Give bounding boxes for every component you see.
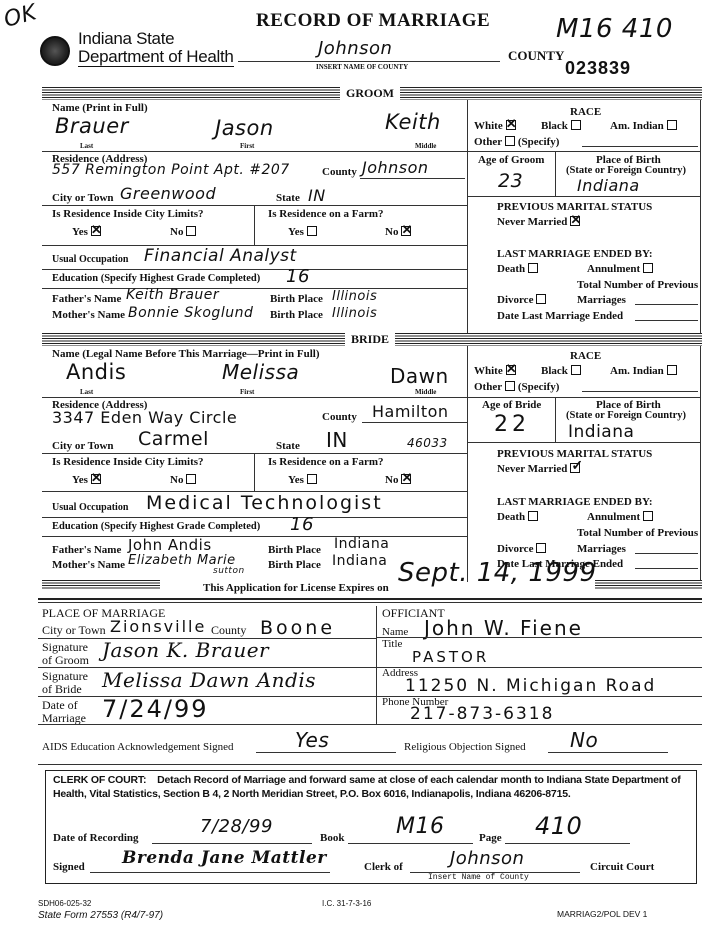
checkbox-icon[interactable] xyxy=(307,474,317,484)
bride-state: IN xyxy=(326,428,348,452)
checkbox-icon[interactable] xyxy=(571,365,581,375)
officiant-phone: 217-873-6318 xyxy=(410,704,554,724)
marriage-county: Boone xyxy=(260,617,335,639)
checkbox-icon[interactable] xyxy=(528,511,538,521)
groom-county: Johnson xyxy=(362,158,429,177)
groom-last-name: Brauer xyxy=(55,114,129,138)
groom-inside-city-no[interactable]: No xyxy=(170,226,196,238)
bride-first-name: Melissa xyxy=(222,360,299,384)
bride-city: Carmel xyxy=(138,428,209,450)
state-form-number: State Form 27553 (R4/7-97) xyxy=(38,910,163,921)
county-caption: INSERT NAME OF COUNTY xyxy=(316,63,408,71)
bride-inside-city-no[interactable]: No xyxy=(170,474,196,486)
bride-mother-birth: Indiana xyxy=(332,553,387,569)
clerk-signature: Brenda Jane Mattler xyxy=(122,848,327,868)
bride-age: 22 xyxy=(494,412,530,437)
aids-acknowledgement: Yes xyxy=(295,728,329,752)
checkbox-icon[interactable] xyxy=(667,120,677,130)
bride-race-amindian[interactable]: Am. Indian xyxy=(610,365,677,377)
bride-father: John Andis xyxy=(128,536,212,554)
groom-occupation: Financial Analyst xyxy=(144,246,297,266)
checkbox-checked-icon[interactable] xyxy=(91,226,101,236)
checkbox-icon[interactable] xyxy=(528,263,538,273)
license-expiration-date: Sept. 14, 1999 xyxy=(398,558,597,588)
groom-race-amindian[interactable]: Am. Indian xyxy=(610,120,677,132)
groom-age: 23 xyxy=(498,170,523,192)
bride-address: 3347 Eden Way Circle xyxy=(52,408,237,427)
groom-father: Keith Brauer xyxy=(126,287,219,303)
record-number: 023839 xyxy=(565,58,631,79)
groom-farm-yes[interactable]: Yes xyxy=(288,226,317,238)
checkbox-icon[interactable] xyxy=(571,120,581,130)
bride-county: Hamilton xyxy=(372,402,449,421)
groom-first-name: Jason xyxy=(215,116,274,140)
checkbox-checked-icon[interactable] xyxy=(91,474,101,484)
checkbox-icon[interactable] xyxy=(505,381,515,391)
bride-race-other[interactable]: Other (Specify) xyxy=(474,381,559,393)
groom-city: Greenwood xyxy=(120,184,216,203)
county-label: COUNTY xyxy=(508,48,564,64)
checkbox-icon[interactable] xyxy=(186,474,196,484)
clerk-instructions: CLERK OF COURT: Detach Record of Marriag… xyxy=(53,773,693,801)
checkbox-checked-icon[interactable] xyxy=(570,463,580,473)
bride-father-birth: Indiana xyxy=(334,536,389,552)
form-revision: MARRIAG2/POL DEV 1 xyxy=(557,909,647,919)
bride-race-black[interactable]: Black xyxy=(541,365,581,377)
bride-education: 16 xyxy=(290,514,314,535)
groom-inside-city-yes[interactable]: Yes xyxy=(72,226,101,238)
groom-father-birth: Illinois xyxy=(332,289,377,304)
bride-ended-death[interactable]: Death xyxy=(497,511,538,523)
checkbox-checked-icon[interactable] xyxy=(506,120,516,130)
statute-reference: I.C. 31-7-3-16 xyxy=(322,899,371,908)
officiant-title: PASTOR xyxy=(412,648,489,666)
groom-signature: Jason K. Brauer xyxy=(102,638,269,662)
bride-occupation: Medical Technologist xyxy=(146,492,383,514)
bride-signature: Melissa Dawn Andis xyxy=(102,668,316,692)
checkbox-checked-icon[interactable] xyxy=(570,216,580,226)
state-seal-icon xyxy=(40,36,70,66)
groom-birth-place: Indiana xyxy=(577,176,640,195)
marriage-date: 7/24/99 xyxy=(102,695,209,723)
groom-ended-death[interactable]: Death xyxy=(497,263,538,275)
groom-race-white[interactable]: White xyxy=(474,120,516,132)
groom-state: IN xyxy=(308,186,326,205)
bride-middle-name: Dawn xyxy=(390,364,449,388)
bride-never-married[interactable]: Never Married xyxy=(497,463,580,475)
groom-name-label: Name (Print in Full) xyxy=(52,102,148,114)
groom-middle-name: Keith xyxy=(385,110,441,134)
groom-address: 557 Remington Point Apt. #207 xyxy=(52,162,290,178)
bride-mother-maiden: sutton xyxy=(213,566,245,576)
bride-zip: 46033 xyxy=(407,436,448,450)
checkbox-icon[interactable] xyxy=(536,543,546,553)
checkbox-icon[interactable] xyxy=(643,511,653,521)
recording-date: 7/28/99 xyxy=(200,816,273,837)
groom-mother-birth: Illinois xyxy=(332,306,377,321)
bride-race-white[interactable]: White xyxy=(474,365,516,377)
groom-farm-no[interactable]: No xyxy=(385,226,411,238)
bride-inside-city-yes[interactable]: Yes xyxy=(72,474,101,486)
religious-objection: No xyxy=(570,728,598,752)
groom-ended-divorce[interactable]: Divorce xyxy=(497,294,546,306)
marriage-city: Zionsville xyxy=(110,617,206,636)
checkbox-icon[interactable] xyxy=(505,136,515,146)
bride-farm-yes[interactable]: Yes xyxy=(288,474,317,486)
officiant-address: 11250 N. Michigan Road xyxy=(405,676,656,696)
header-county-handwritten: Johnson xyxy=(318,38,392,59)
document-title: RECORD OF MARRIAGE xyxy=(256,10,490,32)
form-code: SDH06-025-32 xyxy=(38,899,91,908)
checkbox-icon[interactable] xyxy=(667,365,677,375)
groom-education: 16 xyxy=(286,266,310,287)
recording-book: M16 xyxy=(396,814,444,839)
recording-page: 410 xyxy=(535,812,582,840)
bride-birth-place: Indiana xyxy=(568,422,634,442)
bride-section-label: BRIDE xyxy=(345,332,395,347)
groom-section-label: GROOM xyxy=(340,86,400,101)
groom-mother: Bonnie Skoglund xyxy=(128,305,253,321)
checkbox-icon[interactable] xyxy=(536,294,546,304)
clerk-of-county: Johnson xyxy=(450,848,524,869)
bride-last-name: Andis xyxy=(66,360,126,384)
checkbox-icon[interactable] xyxy=(307,226,317,236)
groom-ended-annulment[interactable]: Annulment xyxy=(587,263,653,275)
groom-never-married[interactable]: Never Married xyxy=(497,216,580,228)
groom-race-other[interactable]: Other (Specify) xyxy=(474,136,559,148)
bride-farm-no[interactable]: No xyxy=(385,474,411,486)
initials-mark: OK xyxy=(1,0,39,33)
bride-ended-divorce[interactable]: Divorce xyxy=(497,543,546,555)
checkbox-icon[interactable] xyxy=(186,226,196,236)
bride-ended-annulment[interactable]: Annulment xyxy=(587,511,653,523)
checkbox-checked-icon[interactable] xyxy=(401,474,411,484)
agency-name: Indiana State Department of Health xyxy=(78,30,234,67)
groom-race-black[interactable]: Black xyxy=(541,120,581,132)
book-page-note: M16 410 xyxy=(556,14,673,44)
checkbox-checked-icon[interactable] xyxy=(506,365,516,375)
checkbox-checked-icon[interactable] xyxy=(401,226,411,236)
checkbox-icon[interactable] xyxy=(643,263,653,273)
